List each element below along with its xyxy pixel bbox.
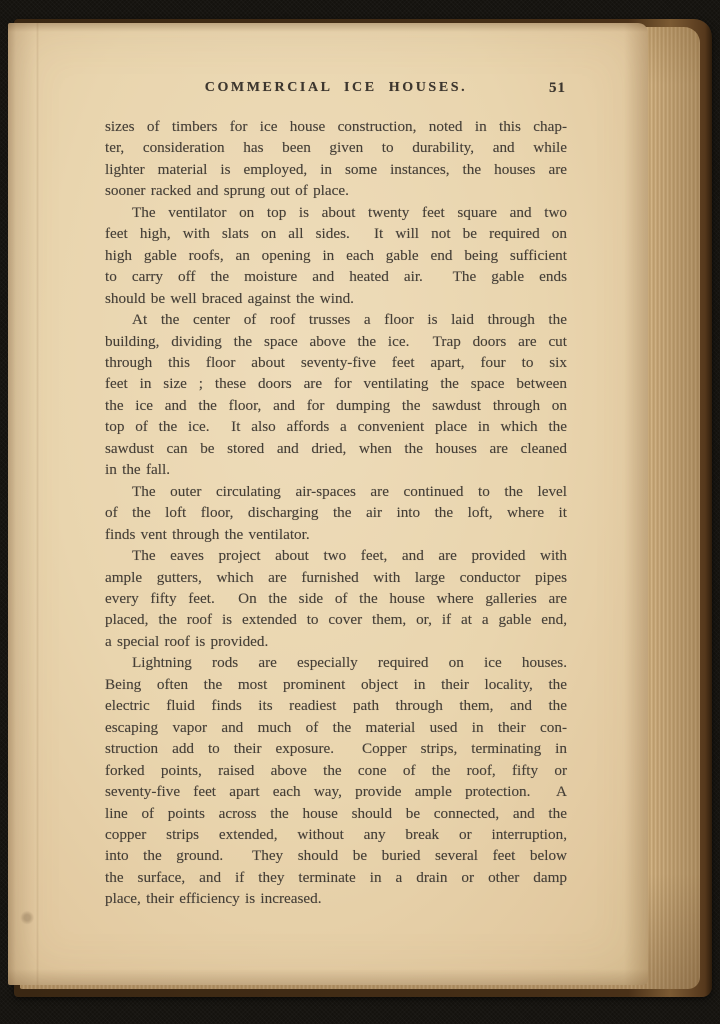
text-line: ter, consideration has been given to dur… xyxy=(105,137,567,158)
text-line: lighter material is employed, in some in… xyxy=(105,159,567,180)
text-line: the ice and the floor, and for dumping t… xyxy=(105,395,567,416)
text-line: sawdust can be stored and dried, when th… xyxy=(105,438,567,459)
text-line: escaping vapor and much of the material … xyxy=(105,717,567,738)
text-line: building, dividing the space above the i… xyxy=(105,331,567,352)
page-title: COMMERCIAL ICE HOUSES. xyxy=(105,80,567,96)
paragraph: At the center of roof trusses a floor is… xyxy=(105,309,567,481)
paragraph: The outer circulating air-spaces are con… xyxy=(105,481,567,545)
text-line: finds vent through the ventilator. xyxy=(105,524,567,545)
text-line: into the ground. They should be buried s… xyxy=(105,845,567,866)
text-line: in the fall. xyxy=(105,459,567,480)
text-line: place, their efficiency is increased. xyxy=(105,888,567,909)
text-line: The eaves project about two feet, and ar… xyxy=(105,545,567,566)
text-line: top of the ice. It also affords a conven… xyxy=(105,416,567,437)
running-header: COMMERCIAL ICE HOUSES. 51 xyxy=(105,80,567,102)
text-line: At the center of roof trusses a floor is… xyxy=(105,309,567,330)
text-line: copper strips extended, without any brea… xyxy=(105,824,567,845)
text-line: struction add to their exposure. Copper … xyxy=(105,738,567,759)
text-block: sizes of timbers for ice house construct… xyxy=(105,116,567,910)
text-line: should be well braced against the wind. xyxy=(105,288,567,309)
book-page: COMMERCIAL ICE HOUSES. 51 sizes of timbe… xyxy=(8,23,648,985)
text-line: a special roof is provided. xyxy=(105,631,567,652)
text-line: sooner racked and sprung out of place. xyxy=(105,180,567,201)
text-line: the surface, and if they terminate in a … xyxy=(105,867,567,888)
text-line: through this floor about seventy-five fe… xyxy=(105,352,567,373)
paragraph: Lightning rods are especially required o… xyxy=(105,652,567,909)
text-line: to carry off the moisture and heated air… xyxy=(105,266,567,287)
text-line: feet high, with slats on all sides. It w… xyxy=(105,223,567,244)
text-line: placed, the roof is extended to cover th… xyxy=(105,609,567,630)
text-line: every fifty feet. On the side of the hou… xyxy=(105,588,567,609)
text-line: Being often the most prominent object in… xyxy=(105,674,567,695)
text-line: seventy-five feet apart each way, provid… xyxy=(105,781,567,802)
text-line: electric fluid finds its readiest path t… xyxy=(105,695,567,716)
text-line: of the loft floor, discharging the air i… xyxy=(105,502,567,523)
text-line: line of points across the house should b… xyxy=(105,803,567,824)
photo-background: COMMERCIAL ICE HOUSES. 51 sizes of timbe… xyxy=(0,0,720,1024)
text-line: forked points, raised above the cone of … xyxy=(105,760,567,781)
text-line: The ventilator on top is about twenty fe… xyxy=(105,202,567,223)
page-number: 51 xyxy=(549,80,566,97)
text-line: feet in size ; these doors are for venti… xyxy=(105,373,567,394)
text-line: high gable roofs, an opening in each gab… xyxy=(105,245,567,266)
text-line: The outer circulating air-spaces are con… xyxy=(105,481,567,502)
text-line: ample gutters, which are furnished with … xyxy=(105,567,567,588)
paragraph: The ventilator on top is about twenty fe… xyxy=(105,202,567,309)
text-line: sizes of timbers for ice house construct… xyxy=(105,116,567,137)
paragraph: sizes of timbers for ice house construct… xyxy=(105,116,567,202)
text-line: Lightning rods are especially required o… xyxy=(105,652,567,673)
paragraph: The eaves project about two feet, and ar… xyxy=(105,545,567,652)
